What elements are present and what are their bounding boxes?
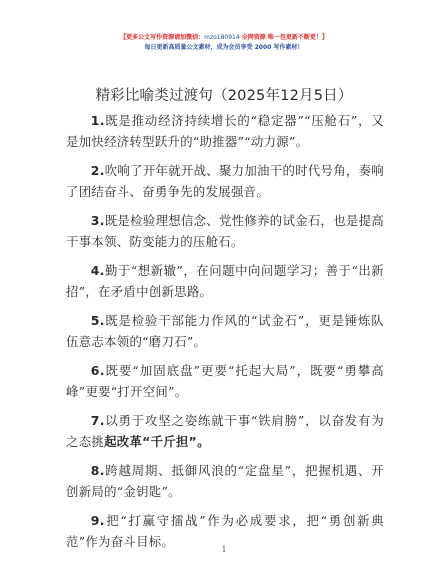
wechat-id: mzo180914 [204, 34, 240, 41]
paragraph-text-bold: 起改革“千斤担”。 [104, 434, 210, 449]
item-number: 1. [91, 113, 105, 128]
paragraph-2: 2.吹响了开年就开战、聚力加油干的时代号角，奏响了团结奋斗、奋勇争先的发展强音。 [66, 160, 384, 202]
promo-text-suffix: 全网资源 唯一包更新不断更！】 [240, 34, 328, 41]
paragraph-4: 4.勤于“想新辙”，在问题中向问题学习；善于“出新招”，在矛盾中创新思路。 [66, 260, 384, 302]
item-number: 9. [91, 513, 105, 528]
paragraph-3: 3.既是检验理想信念、党性修养的试金石，也是提高干事本领、防变能力的压舱石。 [66, 210, 384, 252]
item-number: 7. [91, 413, 105, 428]
paragraph-text: 既是检验理想信念、党性修养的试金石，也是提高干事本领、防变能力的压舱石。 [66, 213, 384, 249]
paragraph-text: 把“打赢守擂战”作为必成要求，把“勇创新典范”作为奋斗目标。 [66, 513, 384, 549]
document-page: 【更多公文写作资源请加微信：mzo180914 全网资源 唯一包更新不断更！】 … [0, 0, 448, 580]
item-number: 8. [91, 463, 105, 478]
paragraph-7: 7.以勇于攻坚之姿练就干事“铁肩膀”，以奋发有为之态挑起改革“千斤担”。 [66, 410, 384, 452]
paragraph-6: 6.既要“加固底盘”更要“托起大局”，既要“勇攀高峰”更要“打开空间”。 [66, 360, 384, 402]
paragraph-5: 5.既是检验干部能力作风的“试金石”，更是锤炼队伍意志本领的“磨刀石”。 [66, 310, 384, 352]
paragraph-text: 勤于“想新辙”，在问题中向问题学习；善于“出新招”，在矛盾中创新思路。 [66, 263, 384, 299]
paragraph-text: 跨越周期、抵御风浪的“定盘星”，把握机遇、开创新局的“金钥匙”。 [66, 463, 384, 499]
promo-text: 【更多公文写作资源请加微信： [120, 34, 204, 41]
item-number: 3. [91, 213, 105, 228]
paragraph-text: 既是检验干部能力作风的“试金石”，更是锤炼队伍意志本领的“磨刀石”。 [66, 313, 384, 349]
paragraph-text: 既要“加固底盘”更要“托起大局”，既要“勇攀高峰”更要“打开空间”。 [66, 363, 384, 399]
item-number: 6. [91, 363, 105, 378]
document-title: 精彩比喻类过渡句（2025年12月5日） [0, 84, 448, 105]
page-number: 1 [0, 545, 448, 554]
item-number: 5. [91, 313, 105, 328]
item-number: 2. [91, 163, 105, 178]
promo-banner-line-2: 每日更新高质量公文素材，成为会员享受 2000 写作素材！ [0, 43, 448, 53]
promo-banner-line-1: 【更多公文写作资源请加微信：mzo180914 全网资源 唯一包更新不断更！】 [0, 33, 448, 43]
paragraph-8: 8.跨越周期、抵御风浪的“定盘星”，把握机遇、开创新局的“金钥匙”。 [66, 460, 384, 502]
paragraph-1: 1.既是推动经济持续增长的“稳定器”“压舱石”，又是加快经济转型跃升的“助推器”… [66, 110, 384, 152]
document-body: 1.既是推动经济持续增长的“稳定器”“压舱石”，又是加快经济转型跃升的“助推器”… [66, 110, 384, 560]
promo-banner: 【更多公文写作资源请加微信：mzo180914 全网资源 唯一包更新不断更！】 … [0, 33, 448, 53]
paragraph-text: 吹响了开年就开战、聚力加油干的时代号角，奏响了团结奋斗、奋勇争先的发展强音。 [66, 163, 384, 199]
paragraph-text: 既是推动经济持续增长的“稳定器”“压舱石”，又是加快经济转型跃升的“助推器”“动… [66, 113, 384, 149]
item-number: 4. [91, 263, 105, 278]
